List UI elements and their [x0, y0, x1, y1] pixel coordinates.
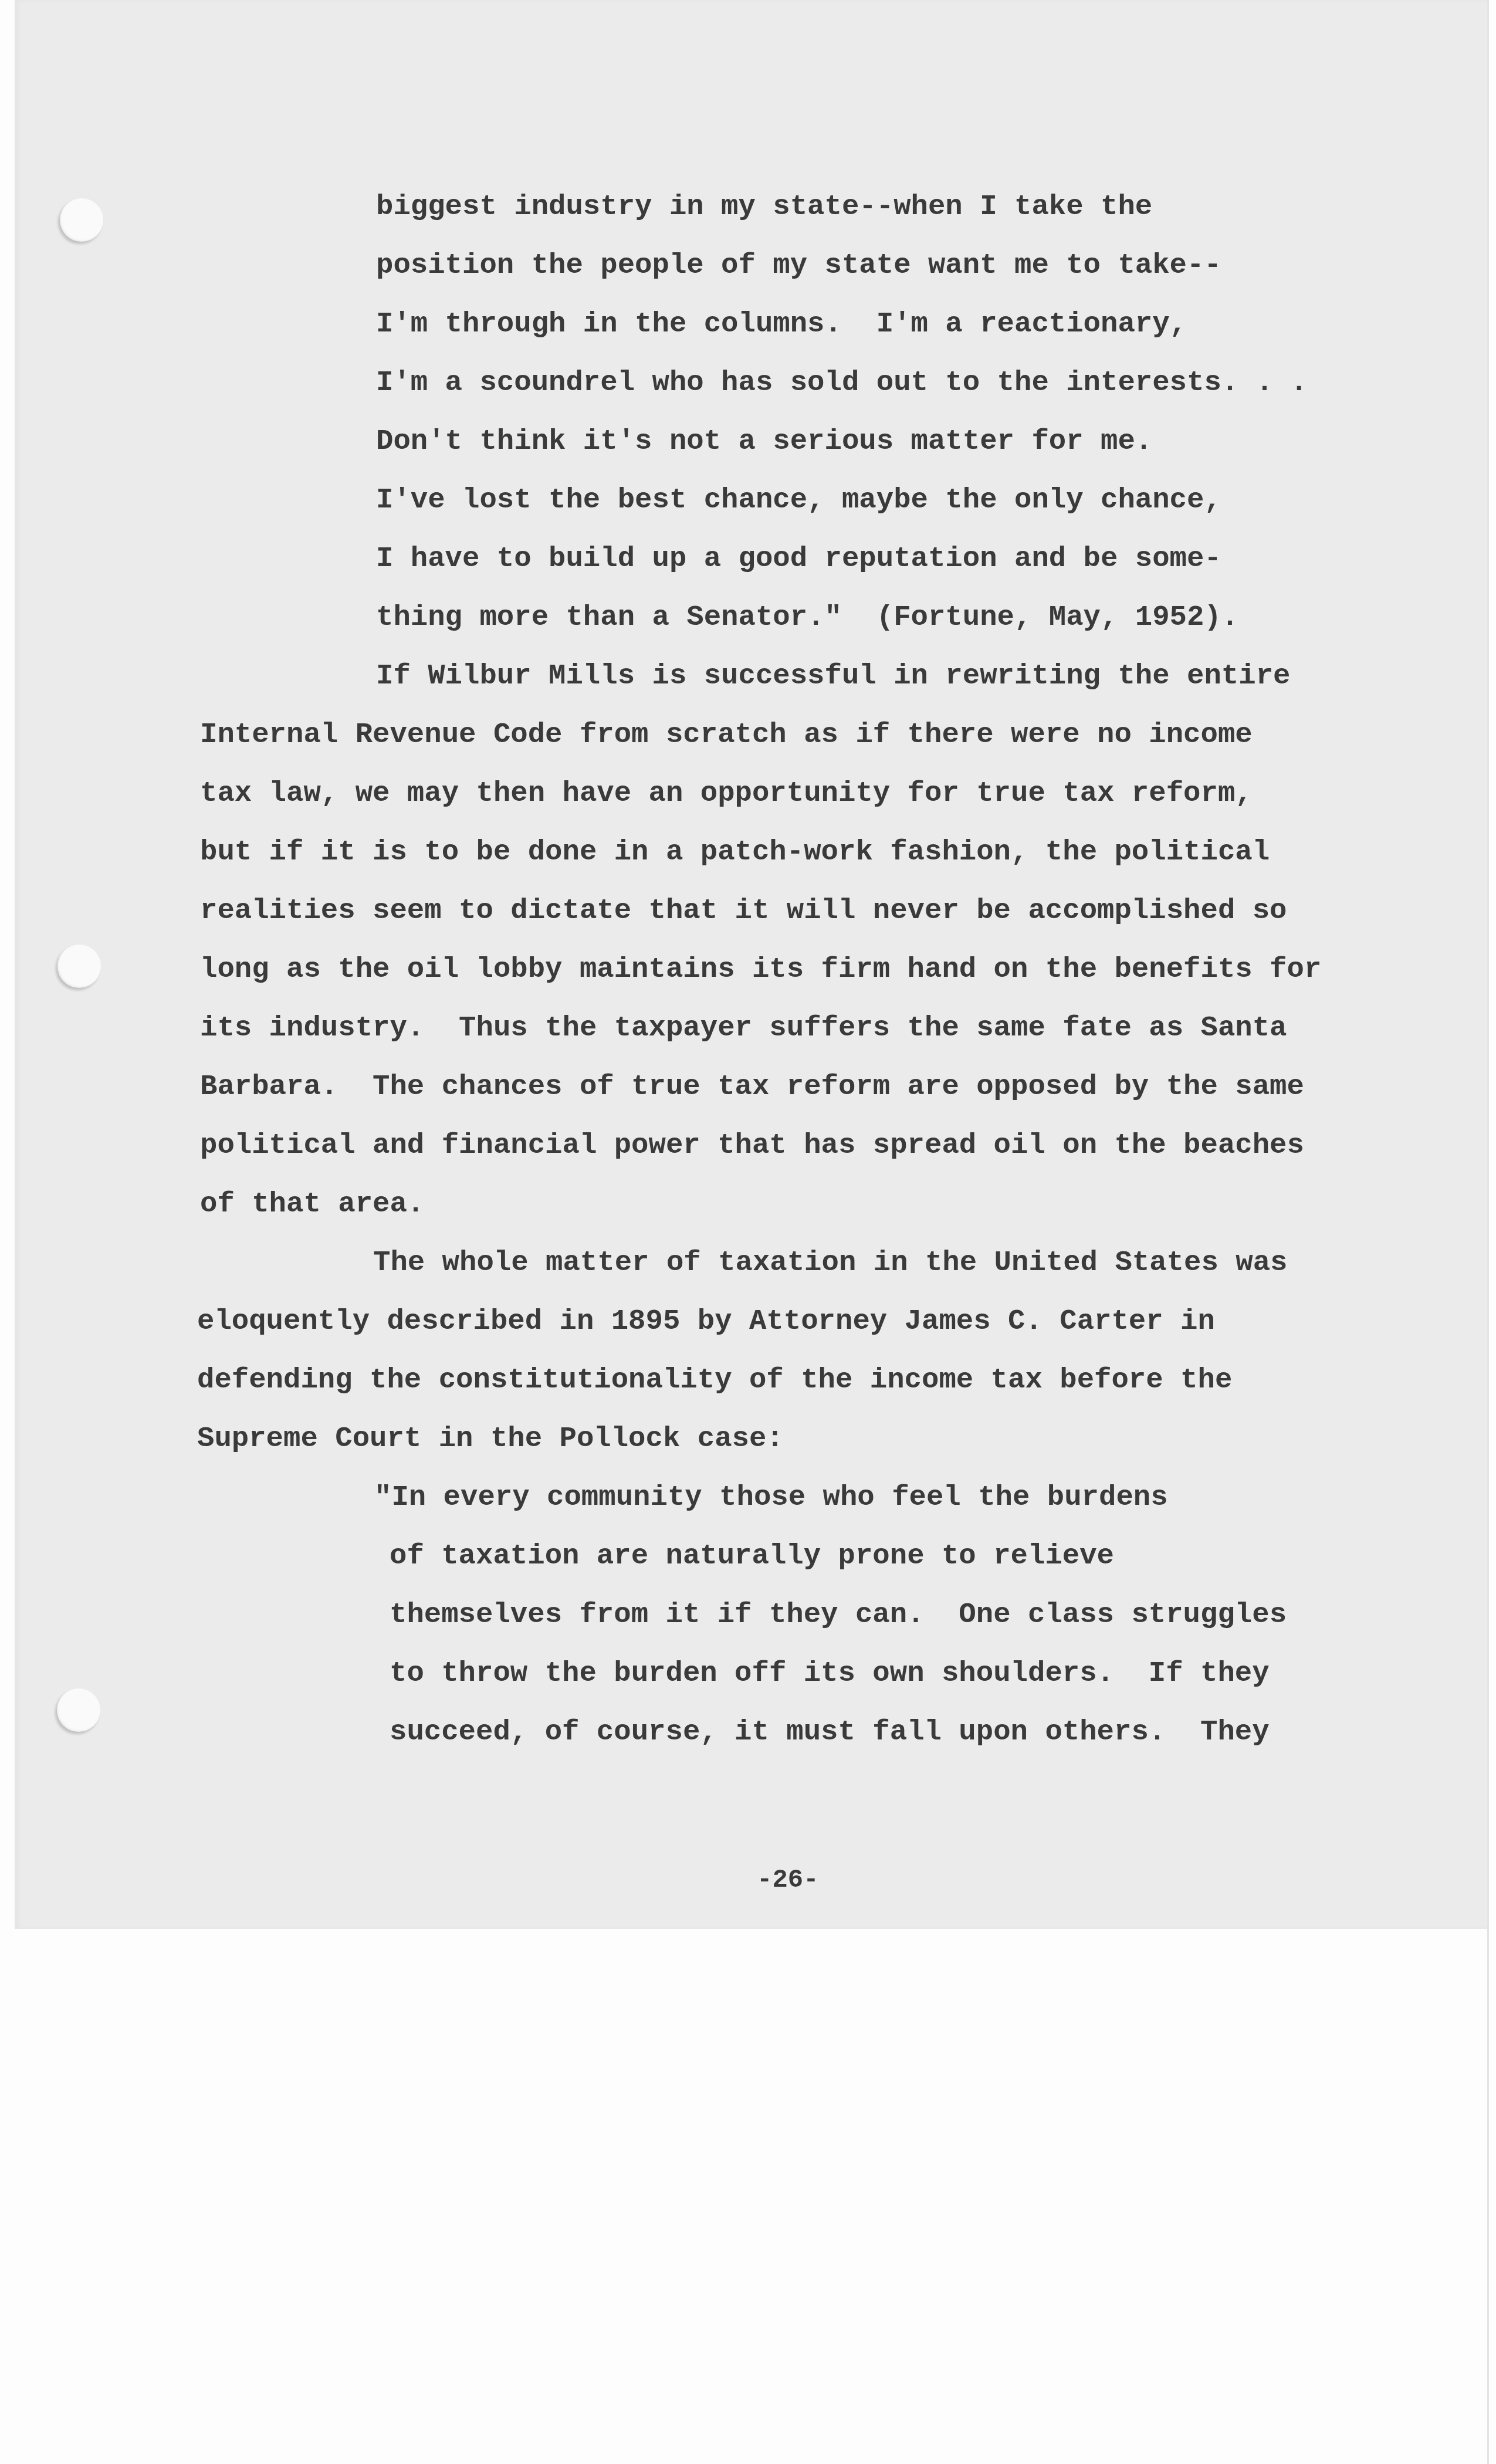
text-line: I'm a scoundrel who has sold out to the …	[376, 365, 1308, 400]
text-line: of taxation are naturally prone to relie…	[390, 1538, 1114, 1573]
text-line: position the people of my state want me …	[376, 248, 1221, 283]
punch-hole-bottom	[57, 1688, 100, 1732]
text-line: thing more than a Senator." (Fortune, Ma…	[376, 600, 1238, 635]
text-line: but if it is to be done in a patch-work …	[200, 834, 1270, 869]
punch-hole-top	[60, 198, 103, 242]
text-line: succeed, of course, it must fall upon ot…	[390, 1714, 1270, 1749]
text-line: tax law, we may then have an opportunity…	[200, 776, 1253, 811]
text-line: political and financial power that has s…	[200, 1128, 1304, 1163]
text-line: eloquently described in 1895 by Attorney…	[197, 1304, 1215, 1339]
text-line: biggest industry in my state--when I tak…	[376, 189, 1152, 224]
text-line: Barbara. The chances of true tax reform …	[200, 1069, 1304, 1104]
text-line: Supreme Court in the Pollock case:	[197, 1421, 784, 1456]
text-line: If Wilbur Mills is successful in rewriti…	[376, 658, 1290, 693]
text-line: I've lost the best chance, maybe the onl…	[376, 482, 1221, 517]
text-line: I'm through in the columns. I'm a reacti…	[376, 306, 1187, 341]
text-line: Internal Revenue Code from scratch as if…	[200, 717, 1253, 752]
text-line: I have to build up a good reputation and…	[376, 541, 1221, 576]
text-line: its industry. Thus the taxpayer suffers …	[200, 1010, 1287, 1045]
text-line: to throw the burden off its own shoulder…	[390, 1656, 1270, 1691]
punch-hole-middle	[57, 945, 101, 988]
page-number: -26-	[757, 1863, 819, 1898]
text-line: The whole matter of taxation in the Unit…	[373, 1245, 1287, 1280]
text-line: long as the oil lobby maintains its firm…	[200, 952, 1321, 987]
text-line: "In every community those who feel the b…	[374, 1480, 1168, 1515]
page-edge	[1487, 0, 1489, 2464]
text-line: themselves from it if they can. One clas…	[390, 1597, 1287, 1632]
text-line: Don't think it's not a serious matter fo…	[376, 424, 1152, 459]
text-line: defending the constitutionality of the i…	[197, 1362, 1232, 1397]
text-line: of that area.	[200, 1186, 424, 1221]
text-line: realities seem to dictate that it will n…	[200, 893, 1287, 928]
